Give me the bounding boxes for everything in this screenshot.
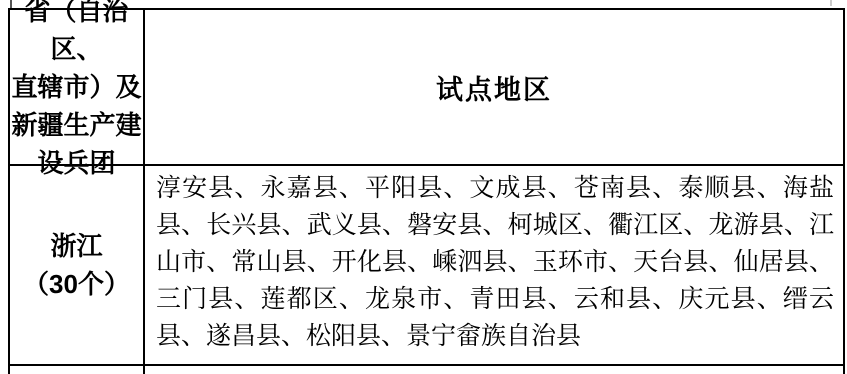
- next-row-partial-regions-cell: [145, 366, 843, 374]
- header-province-line: 省（自治区、: [10, 0, 143, 68]
- header-province-column: 省（自治区、 直辖市）及 新疆生产建 设兵团: [10, 10, 145, 164]
- province-count: （30个）: [23, 265, 130, 303]
- pilot-areas-table: 省（自治区、 直辖市）及 新疆生产建 设兵团 试点地区 浙江 （30个） 淳安县…: [8, 8, 845, 374]
- table-crop-artifact-right: [830, 0, 832, 6]
- table-header-row: 省（自治区、 直辖市）及 新疆生产建 设兵团 试点地区: [10, 10, 843, 166]
- province-name: 浙江: [50, 227, 102, 265]
- header-province-line: 新疆生产建: [11, 106, 141, 144]
- regions-list: 淳安县、永嘉县、平阳县、文成县、苍南县、泰顺县、海盐县、长兴县、武义县、磐安县、…: [156, 174, 834, 350]
- header-pilot-areas-label: 试点地区: [436, 68, 552, 107]
- next-row-partial: [10, 366, 843, 374]
- regions-cell: 淳安县、永嘉县、平阳县、文成县、苍南县、泰顺县、海盐县、长兴县、武义县、磐安县、…: [145, 166, 843, 364]
- province-cell: 浙江 （30个）: [10, 166, 145, 364]
- header-pilot-areas-column: 试点地区: [145, 10, 843, 164]
- header-province-line: 直辖市）及: [11, 68, 141, 106]
- table-row-zhejiang: 浙江 （30个） 淳安县、永嘉县、平阳县、文成县、苍南县、泰顺县、海盐县、长兴县…: [10, 166, 843, 366]
- next-row-partial-province-cell: [10, 366, 145, 374]
